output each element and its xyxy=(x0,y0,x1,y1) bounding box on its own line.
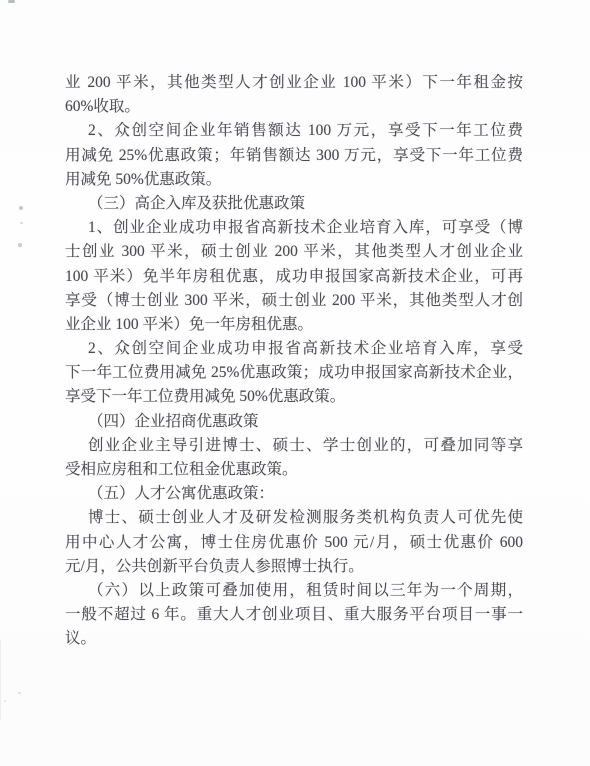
text-line: （四）企业招商优惠政策 xyxy=(65,410,523,434)
scanned-document-page: { "page": { "background": "#fdfdfe", "te… xyxy=(0,0,590,766)
scan-edge-artifact xyxy=(0,640,1,720)
scan-smudge xyxy=(8,0,15,3)
text-line: 下一年工位费用减免 25%优惠政策；成功申报国家高新技术企业， xyxy=(65,361,523,385)
scan-speck xyxy=(18,243,22,247)
document-page: 业 200 平米，其他类型人才创业企业 100 平米）下一年租金按60%收取。2… xyxy=(0,0,590,766)
text-line: 元/月，公共创新平台负责人参照博士执行。 xyxy=(65,555,523,579)
text-line: 受相应房租和工位租金优惠政策。 xyxy=(65,458,523,482)
text-line: 1、创业企业成功申报省高新技术企业培育入库，可享受（博 xyxy=(65,216,523,240)
scan-speck xyxy=(19,206,23,210)
text-line: 一般不超过 6 年。重大人才创业项目、重大服务平台项目一事一 xyxy=(65,603,523,627)
scan-speck xyxy=(20,222,23,224)
text-line: 享受（博士创业 300 平米，硕士创业 200 平米，其他类型人才创 xyxy=(65,289,523,313)
text-line: （五）人才公寓优惠政策： xyxy=(65,482,523,506)
text-line: 业 200 平米，其他类型人才创业企业 100 平米）下一年租金按 xyxy=(65,71,523,95)
text-line: （六）以上政策可叠加使用，租赁时间以三年为一个周期， xyxy=(65,579,523,603)
policy-text-block: 业 200 平米，其他类型人才创业企业 100 平米）下一年租金按60%收取。2… xyxy=(65,71,523,652)
text-line: 创业企业主导引进博士、硕士、学士创业的，可叠加同等享 xyxy=(65,434,523,458)
text-line: 用中心人才公寓，博士住房优惠价 500 元/月，硕士优惠价 600 xyxy=(65,531,523,555)
text-line: 60%收取。 xyxy=(65,95,523,119)
text-line: 用减免 25%优惠政策；年销售额达 300 万元，享受下一年工位费 xyxy=(65,144,523,168)
text-line: 业企业 100 平米）免一年房租优惠。 xyxy=(65,313,523,337)
text-line: 享受下一年工位费用减免 50%优惠政策。 xyxy=(65,385,523,409)
text-line: 用减免 50%优惠政策。 xyxy=(65,168,523,192)
text-line: 2、众创空间企业年销售额达 100 万元，享受下一年工位费 xyxy=(65,119,523,143)
text-line: 博士、硕士创业人才及研发检测服务类机构负责人可优先使 xyxy=(65,506,523,530)
scan-speck xyxy=(4,700,6,702)
text-line: 2、众创空间企业成功申报省高新技术企业培育入库，享受 xyxy=(65,337,523,361)
text-line: （三）高企入库及获批优惠政策 xyxy=(65,192,523,216)
text-line: 100 平米）免半年房租优惠，成功申报国家高新技术企业，可再 xyxy=(65,265,523,289)
text-line: 士创业 300 平米，硕士创业 200 平米，其他类型人才创业企业 xyxy=(65,240,523,264)
text-line: 议。 xyxy=(65,627,523,651)
scan-speck xyxy=(18,692,21,694)
